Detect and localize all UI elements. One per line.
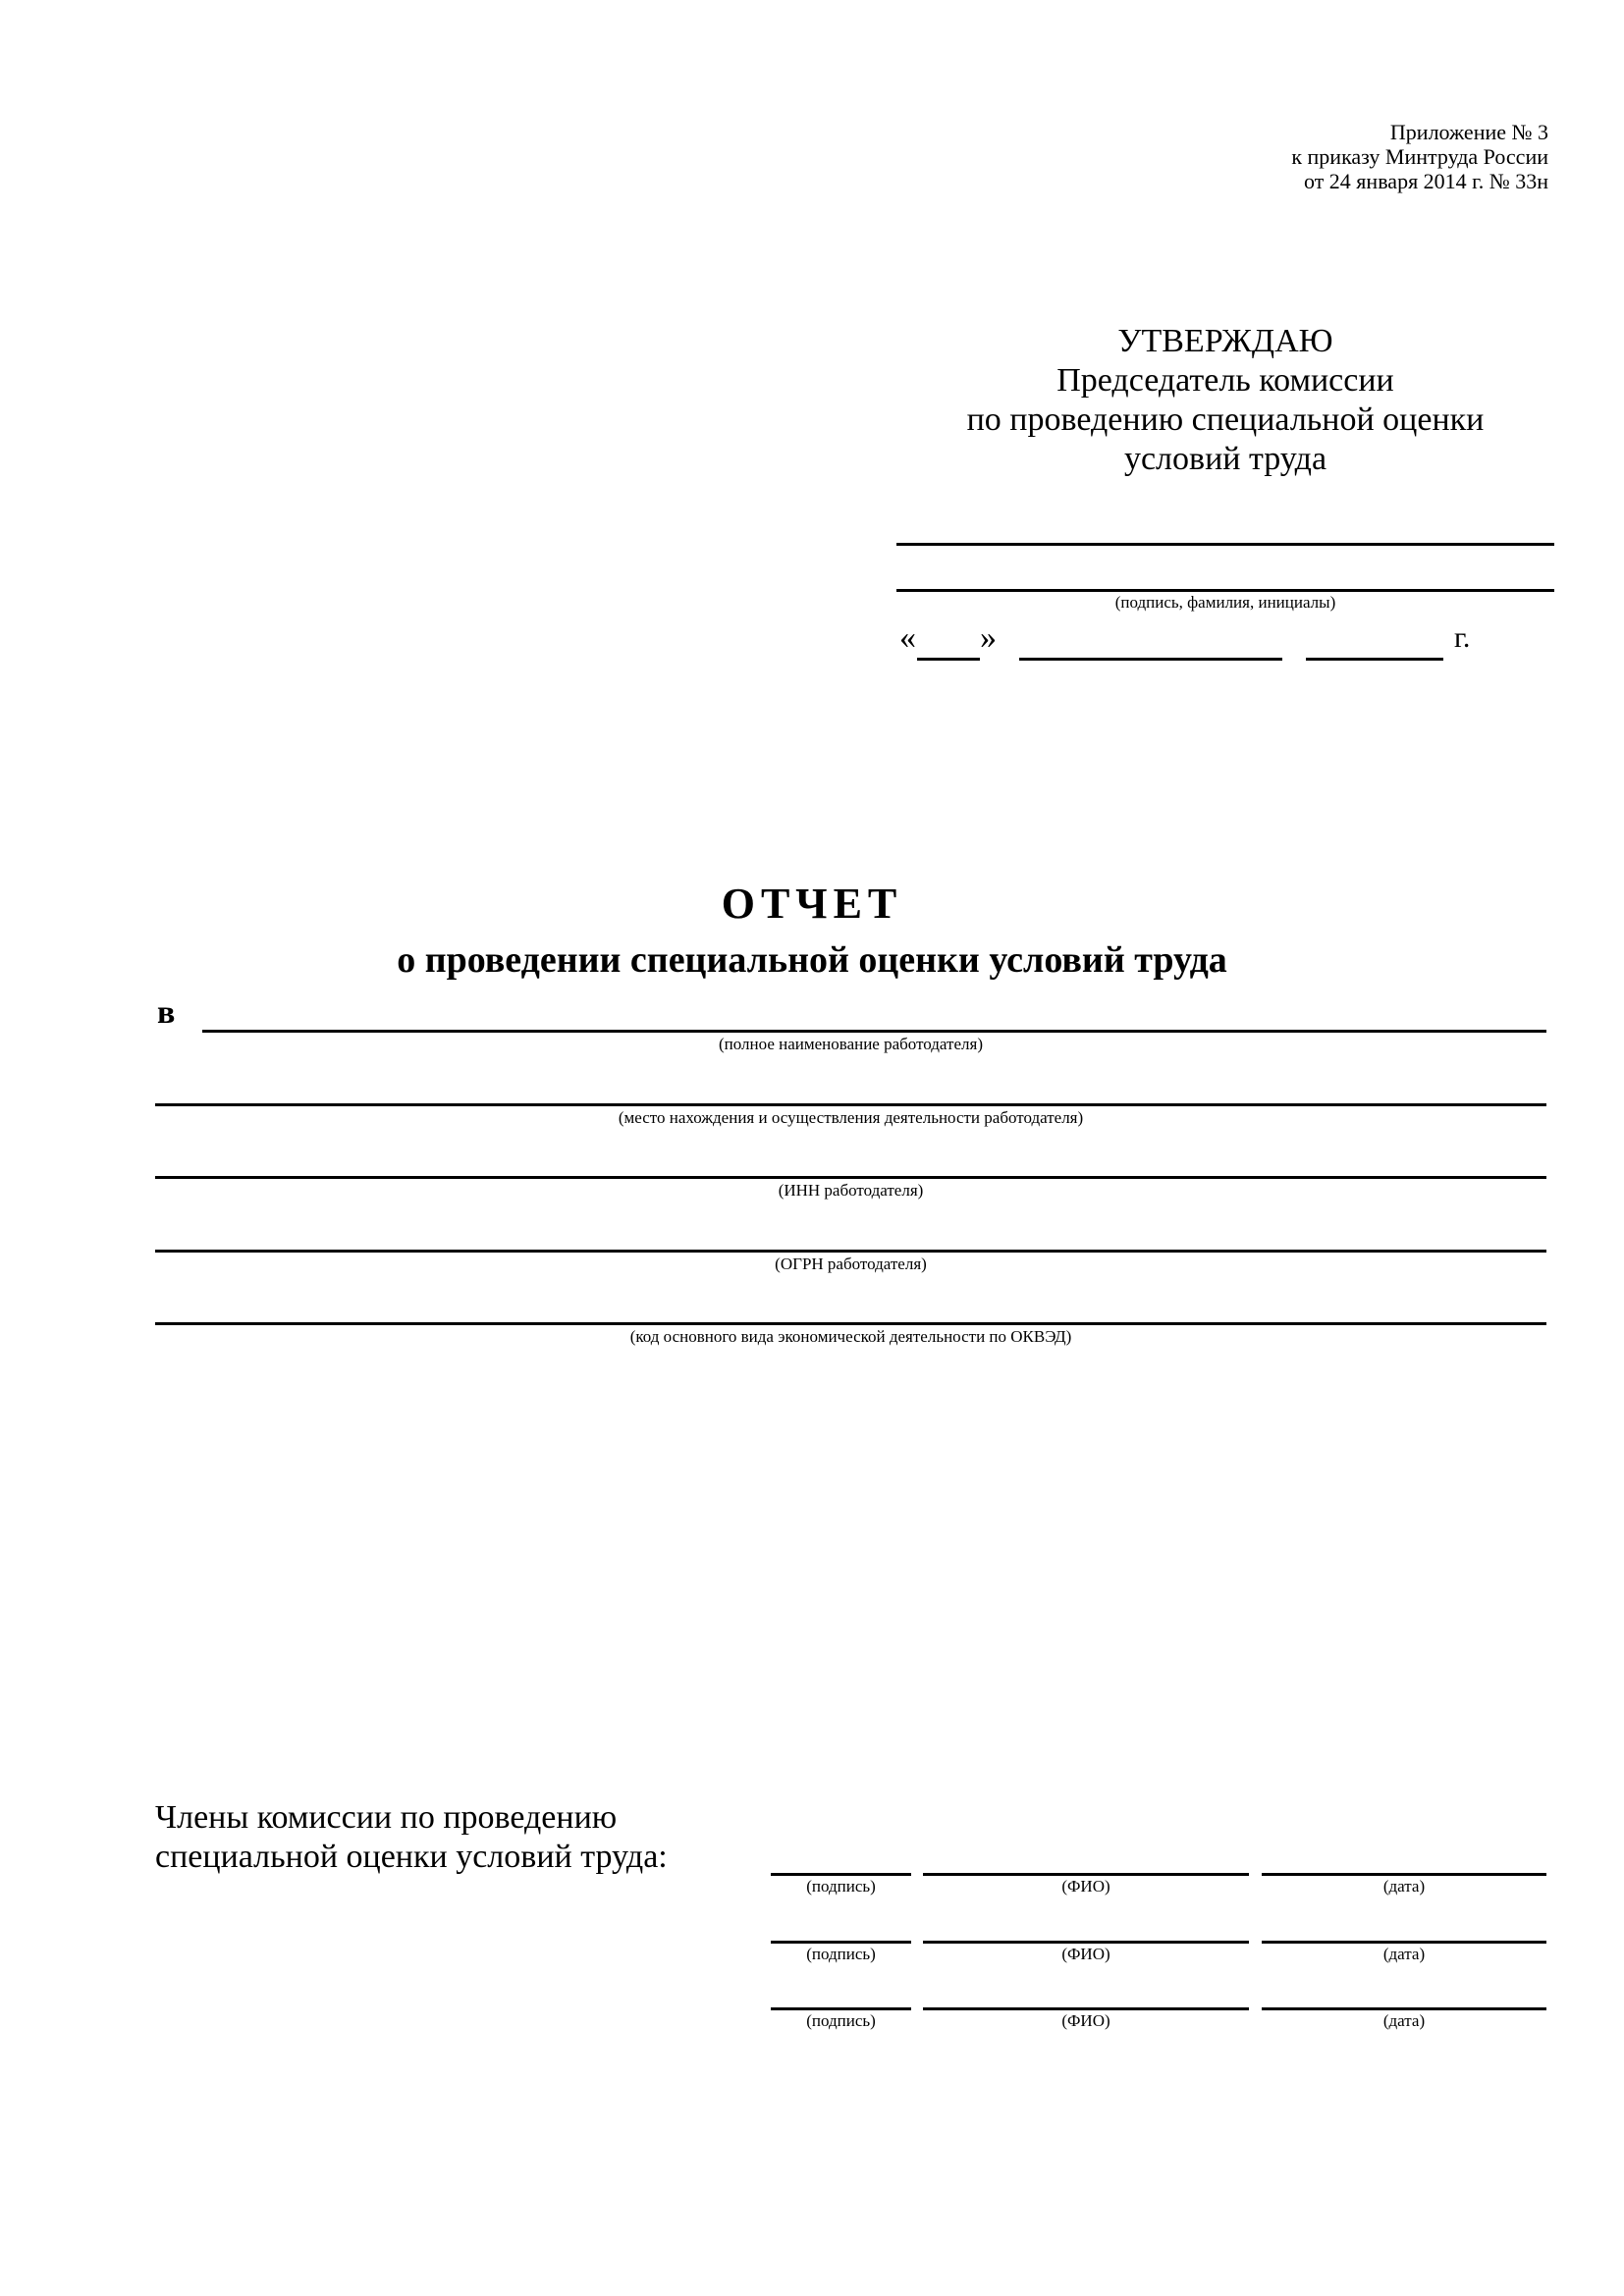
employer-ogrn-caption: (ОГРН работодателя) [155, 1255, 1546, 1274]
report-subtitle: о проведении специальной оценки условий … [0, 937, 1624, 983]
chairman-signature-line-2[interactable] [896, 589, 1554, 592]
chairman-signature-caption: (подпись, фамилия, инициалы) [896, 593, 1554, 613]
member-signature-field[interactable] [771, 1941, 911, 1944]
member-signature-caption: (подпись) [771, 1877, 911, 1896]
member-date-caption: (дата) [1262, 2011, 1546, 2031]
approval-line: условий труда [896, 440, 1554, 479]
member-signature-caption: (подпись) [771, 2011, 911, 2031]
employer-location-field[interactable] [155, 1103, 1546, 1106]
member-date-caption: (дата) [1262, 1877, 1546, 1896]
appendix-reference: Приложение № 3 к приказу Минтруда России… [1291, 120, 1548, 193]
employer-okved-field[interactable] [155, 1322, 1546, 1325]
approval-heading: УТВЕРЖДАЮ [896, 322, 1554, 361]
member-signature-field[interactable] [771, 1873, 911, 1876]
date-day-field[interactable] [917, 658, 980, 661]
members-label-line: специальной оценки условий труда: [155, 1838, 668, 1877]
member-date-caption: (дата) [1262, 1945, 1546, 1964]
members-label: Члены комиссии по проведению специальной… [155, 1798, 668, 1877]
employer-inn-caption: (ИНН работодателя) [155, 1181, 1546, 1201]
year-suffix: г. [1454, 618, 1470, 658]
member-name-field[interactable] [923, 2007, 1249, 2010]
approval-block: УТВЕРЖДАЮ Председатель комиссии по прове… [896, 322, 1554, 479]
member-name-caption: (ФИО) [923, 1877, 1249, 1896]
employer-location-caption: (место нахождения и осуществления деятел… [155, 1108, 1546, 1128]
employer-name-field[interactable] [202, 1030, 1546, 1033]
chairman-signature-line-1[interactable] [896, 543, 1554, 546]
members-label-line: Члены комиссии по проведению [155, 1798, 668, 1838]
appendix-line: Приложение № 3 [1291, 120, 1548, 144]
member-name-field[interactable] [923, 1941, 1249, 1944]
member-name-field[interactable] [923, 1873, 1249, 1876]
report-prefix: в [157, 993, 175, 1033]
report-title: ОТЧЕТ [0, 880, 1624, 929]
date-open-quote: « [899, 618, 916, 658]
member-signature-field[interactable] [771, 2007, 911, 2010]
employer-name-caption: (полное наименование работодателя) [155, 1035, 1546, 1054]
member-name-caption: (ФИО) [923, 1945, 1249, 1964]
approval-line: по проведению специальной оценки [896, 400, 1554, 440]
member-date-field[interactable] [1262, 2007, 1546, 2010]
date-close-quote: » [980, 618, 997, 658]
member-date-field[interactable] [1262, 1873, 1546, 1876]
employer-okved-caption: (код основного вида экономической деятел… [155, 1327, 1546, 1347]
employer-inn-field[interactable] [155, 1176, 1546, 1179]
date-year-field[interactable] [1306, 658, 1443, 661]
appendix-line: от 24 января 2014 г. № 33н [1291, 169, 1548, 193]
member-name-caption: (ФИО) [923, 2011, 1249, 2031]
member-date-field[interactable] [1262, 1941, 1546, 1944]
member-signature-caption: (подпись) [771, 1945, 911, 1964]
approval-line: Председатель комиссии [896, 361, 1554, 400]
appendix-line: к приказу Минтруда России [1291, 144, 1548, 169]
employer-ogrn-field[interactable] [155, 1250, 1546, 1253]
date-month-field[interactable] [1019, 658, 1282, 661]
